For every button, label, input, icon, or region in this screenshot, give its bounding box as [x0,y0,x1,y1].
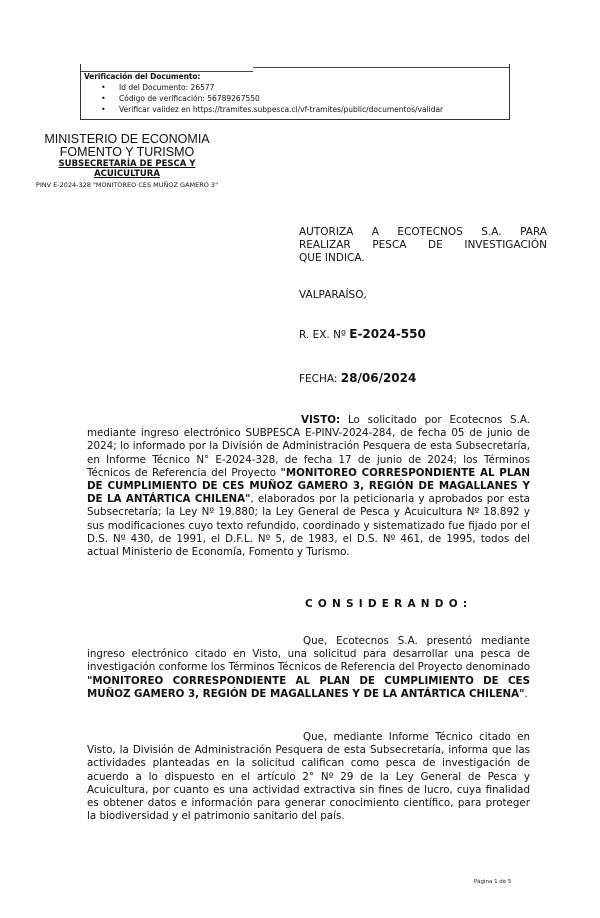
paragraph-end: . [525,688,528,700]
rex-label: R. EX. Nº [299,329,346,341]
project-name: "MONITOREO CORRESPONDIENTE AL PLAN DE CU… [87,675,530,700]
date-value: 28/06/2024 [341,371,417,385]
paragraph-text: Que, Ecotecnos S.A. presentó mediante in… [87,635,530,673]
pinv-reference: PINV E-2024-328 "MONITOREO CES MUÑOZ GAM… [32,180,222,190]
date-label: FECHA: [299,373,337,385]
verification-box: Verificación del Documento: Id del Docum… [80,64,510,120]
summary-line: QUE INDICA. [299,252,547,265]
considerando-heading: CONSIDERANDO: [305,598,472,610]
visto-label: VISTO: [301,414,340,426]
summary-line: AUTORIZA A ECOTECNOS S.A. PARA [299,226,547,239]
paragraph-text: Que, mediante Informe Técnico citado en … [87,731,530,822]
considerando-paragraph-2: Que, mediante Informe Técnico citado en … [87,731,530,823]
resolution-summary: AUTORIZA A ECOTECNOS S.A. PARA REALIZAR … [299,226,547,265]
considerando-paragraph-1: Que, Ecotecnos S.A. presentó mediante in… [87,635,530,701]
verification-list: Id del Documento: 26577 Código de verifi… [101,82,443,115]
resolution-number: R. EX. Nº E-2024-550 [299,328,426,342]
document-id: Id del Documento: 26577 [101,82,443,93]
subsecretaria-name: SUBSECRETARÍA DE PESCA Y ACUICULTURA [32,159,222,179]
verification-code: Código de verificación: 56789267550 [101,93,443,104]
resolution-date: FECHA: 28/06/2024 [299,372,416,386]
rex-number: E-2024-550 [349,327,426,341]
verification-title: Verificación del Documento: [84,72,200,81]
verification-url[interactable]: Verificar validez en https://tramites.su… [101,104,443,115]
page-number: Página 1 de 5 [474,879,511,885]
ministry-subname: FOMENTO Y TURISMO [32,146,222,159]
ministry-header: MINISTERIO DE ECONOMIA FOMENTO Y TURISMO… [32,133,222,190]
border-segment [253,67,509,68]
place: VALPARAÍSO, [299,289,367,302]
visto-paragraph: VISTO: Lo solicitado por Ecotecnos S.A. … [87,414,530,559]
summary-line: REALIZAR PESCA DE INVESTIGACIÓN [299,239,547,252]
